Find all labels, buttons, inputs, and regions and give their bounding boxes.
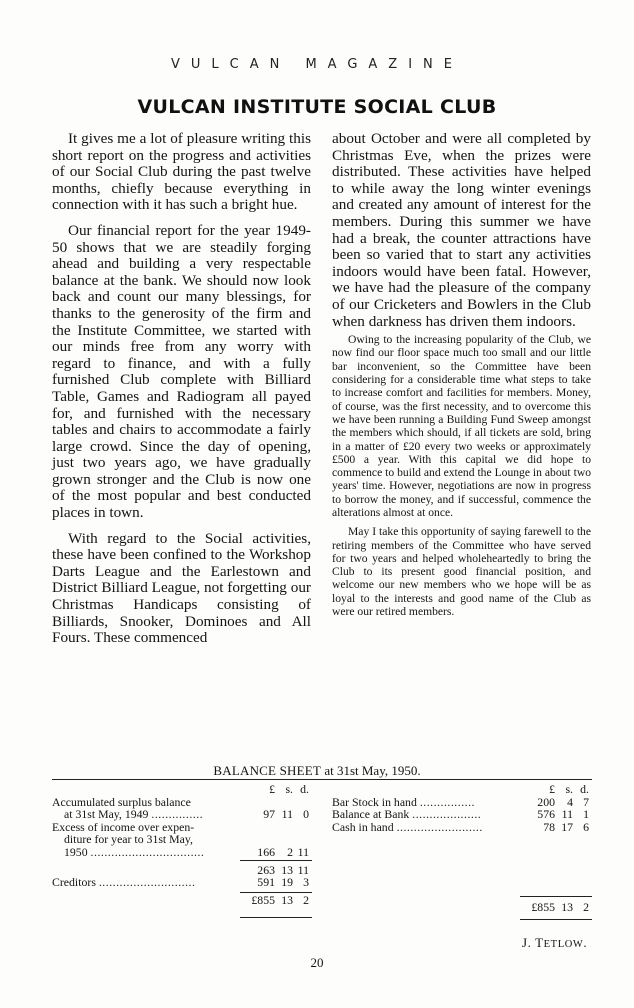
shillings-value: 11 bbox=[555, 808, 573, 821]
right-column: about October and were all com­pleted by… bbox=[332, 131, 591, 618]
pence-header: d. bbox=[573, 783, 589, 796]
total-rule bbox=[520, 919, 592, 920]
shillings-header: s. bbox=[555, 783, 573, 796]
balance-sheet-heading-caps: BALANCE SHEET bbox=[213, 763, 321, 778]
shillings-value: 11 bbox=[275, 808, 293, 821]
row-label: 1950 ................................. bbox=[64, 846, 204, 859]
table-row: Creditors ............................ 5… bbox=[52, 876, 312, 889]
paragraph: With regard to the Social activi­ties, t… bbox=[52, 531, 311, 647]
total-row: £855132 bbox=[52, 894, 312, 907]
shillings-total: 13 bbox=[275, 894, 293, 907]
pounds-value: 78 bbox=[522, 821, 555, 834]
shillings-header: s. bbox=[275, 783, 293, 796]
pence-total: 2 bbox=[293, 894, 309, 907]
row-label: Cash in hand ......................... bbox=[332, 821, 483, 834]
shillings-value: 2 bbox=[275, 846, 293, 859]
pounds-header: £ bbox=[522, 783, 555, 796]
table-row: at 31st May, 1949 ............... 97110 bbox=[52, 808, 312, 821]
currency-header-row: £s.d. bbox=[52, 783, 312, 796]
paragraph: Our financial report for the year 1949-5… bbox=[52, 223, 311, 522]
magazine-masthead: VULCAN MAGAZINE bbox=[0, 57, 634, 72]
paragraph: Owing to the increasing popularity of th… bbox=[332, 333, 591, 519]
shillings-value: 17 bbox=[555, 821, 573, 834]
paragraph: about October and were all com­pleted by… bbox=[332, 131, 591, 330]
shillings-value: 19 bbox=[275, 876, 293, 889]
pounds-value: 97 bbox=[242, 808, 275, 821]
balance-sheet-assets: £s.d. Bar Stock in hand ................… bbox=[332, 783, 592, 833]
pence-value: 3 bbox=[293, 876, 309, 889]
pence-value: 0 bbox=[293, 808, 309, 821]
left-column: It gives me a lot of pleasure writing th… bbox=[52, 131, 311, 647]
pounds-total: £855 bbox=[522, 901, 555, 914]
article-title: VULCAN INSTITUTE SOCIAL CLUB bbox=[0, 96, 634, 118]
signature: J. TETLOW. bbox=[522, 935, 587, 951]
pounds-header: £ bbox=[242, 783, 275, 796]
pounds-total: £855 bbox=[242, 894, 275, 907]
pounds-value: 166 bbox=[242, 846, 275, 859]
pence-header: d. bbox=[293, 783, 309, 796]
page-number: 20 bbox=[0, 955, 634, 971]
pounds-value: 576 bbox=[522, 808, 555, 821]
sum-rule bbox=[520, 896, 592, 897]
balance-sheet-liabilities: £s.d. Accumulated surplus balance at 31s… bbox=[52, 783, 312, 906]
table-row: 1950 ................................. 1… bbox=[52, 846, 312, 859]
total-rule bbox=[240, 917, 312, 918]
row-label: at 31st May, 1949 ............... bbox=[64, 808, 203, 821]
pounds-value: 591 bbox=[242, 876, 275, 889]
pence-value: 6 bbox=[573, 821, 589, 834]
paragraph: May I take this opportunity of saying fa… bbox=[332, 525, 591, 618]
sum-rule bbox=[240, 860, 312, 861]
paragraph: It gives me a lot of pleasure writing th… bbox=[52, 131, 311, 214]
pence-total: 2 bbox=[573, 901, 589, 914]
pence-value: 1 bbox=[573, 808, 589, 821]
row-label: Creditors ............................ bbox=[52, 876, 195, 889]
balance-sheet-heading-date: at 31st May, 1950. bbox=[321, 763, 421, 778]
total-row: £855132 bbox=[332, 901, 592, 914]
balance-sheet-heading: BALANCE SHEET at 31st May, 1950. bbox=[0, 763, 634, 779]
pence-value: 11 bbox=[293, 846, 309, 859]
shillings-total: 13 bbox=[555, 901, 573, 914]
table-row: Cash in hand ......................... 7… bbox=[332, 821, 592, 834]
heading-rule bbox=[52, 779, 592, 780]
